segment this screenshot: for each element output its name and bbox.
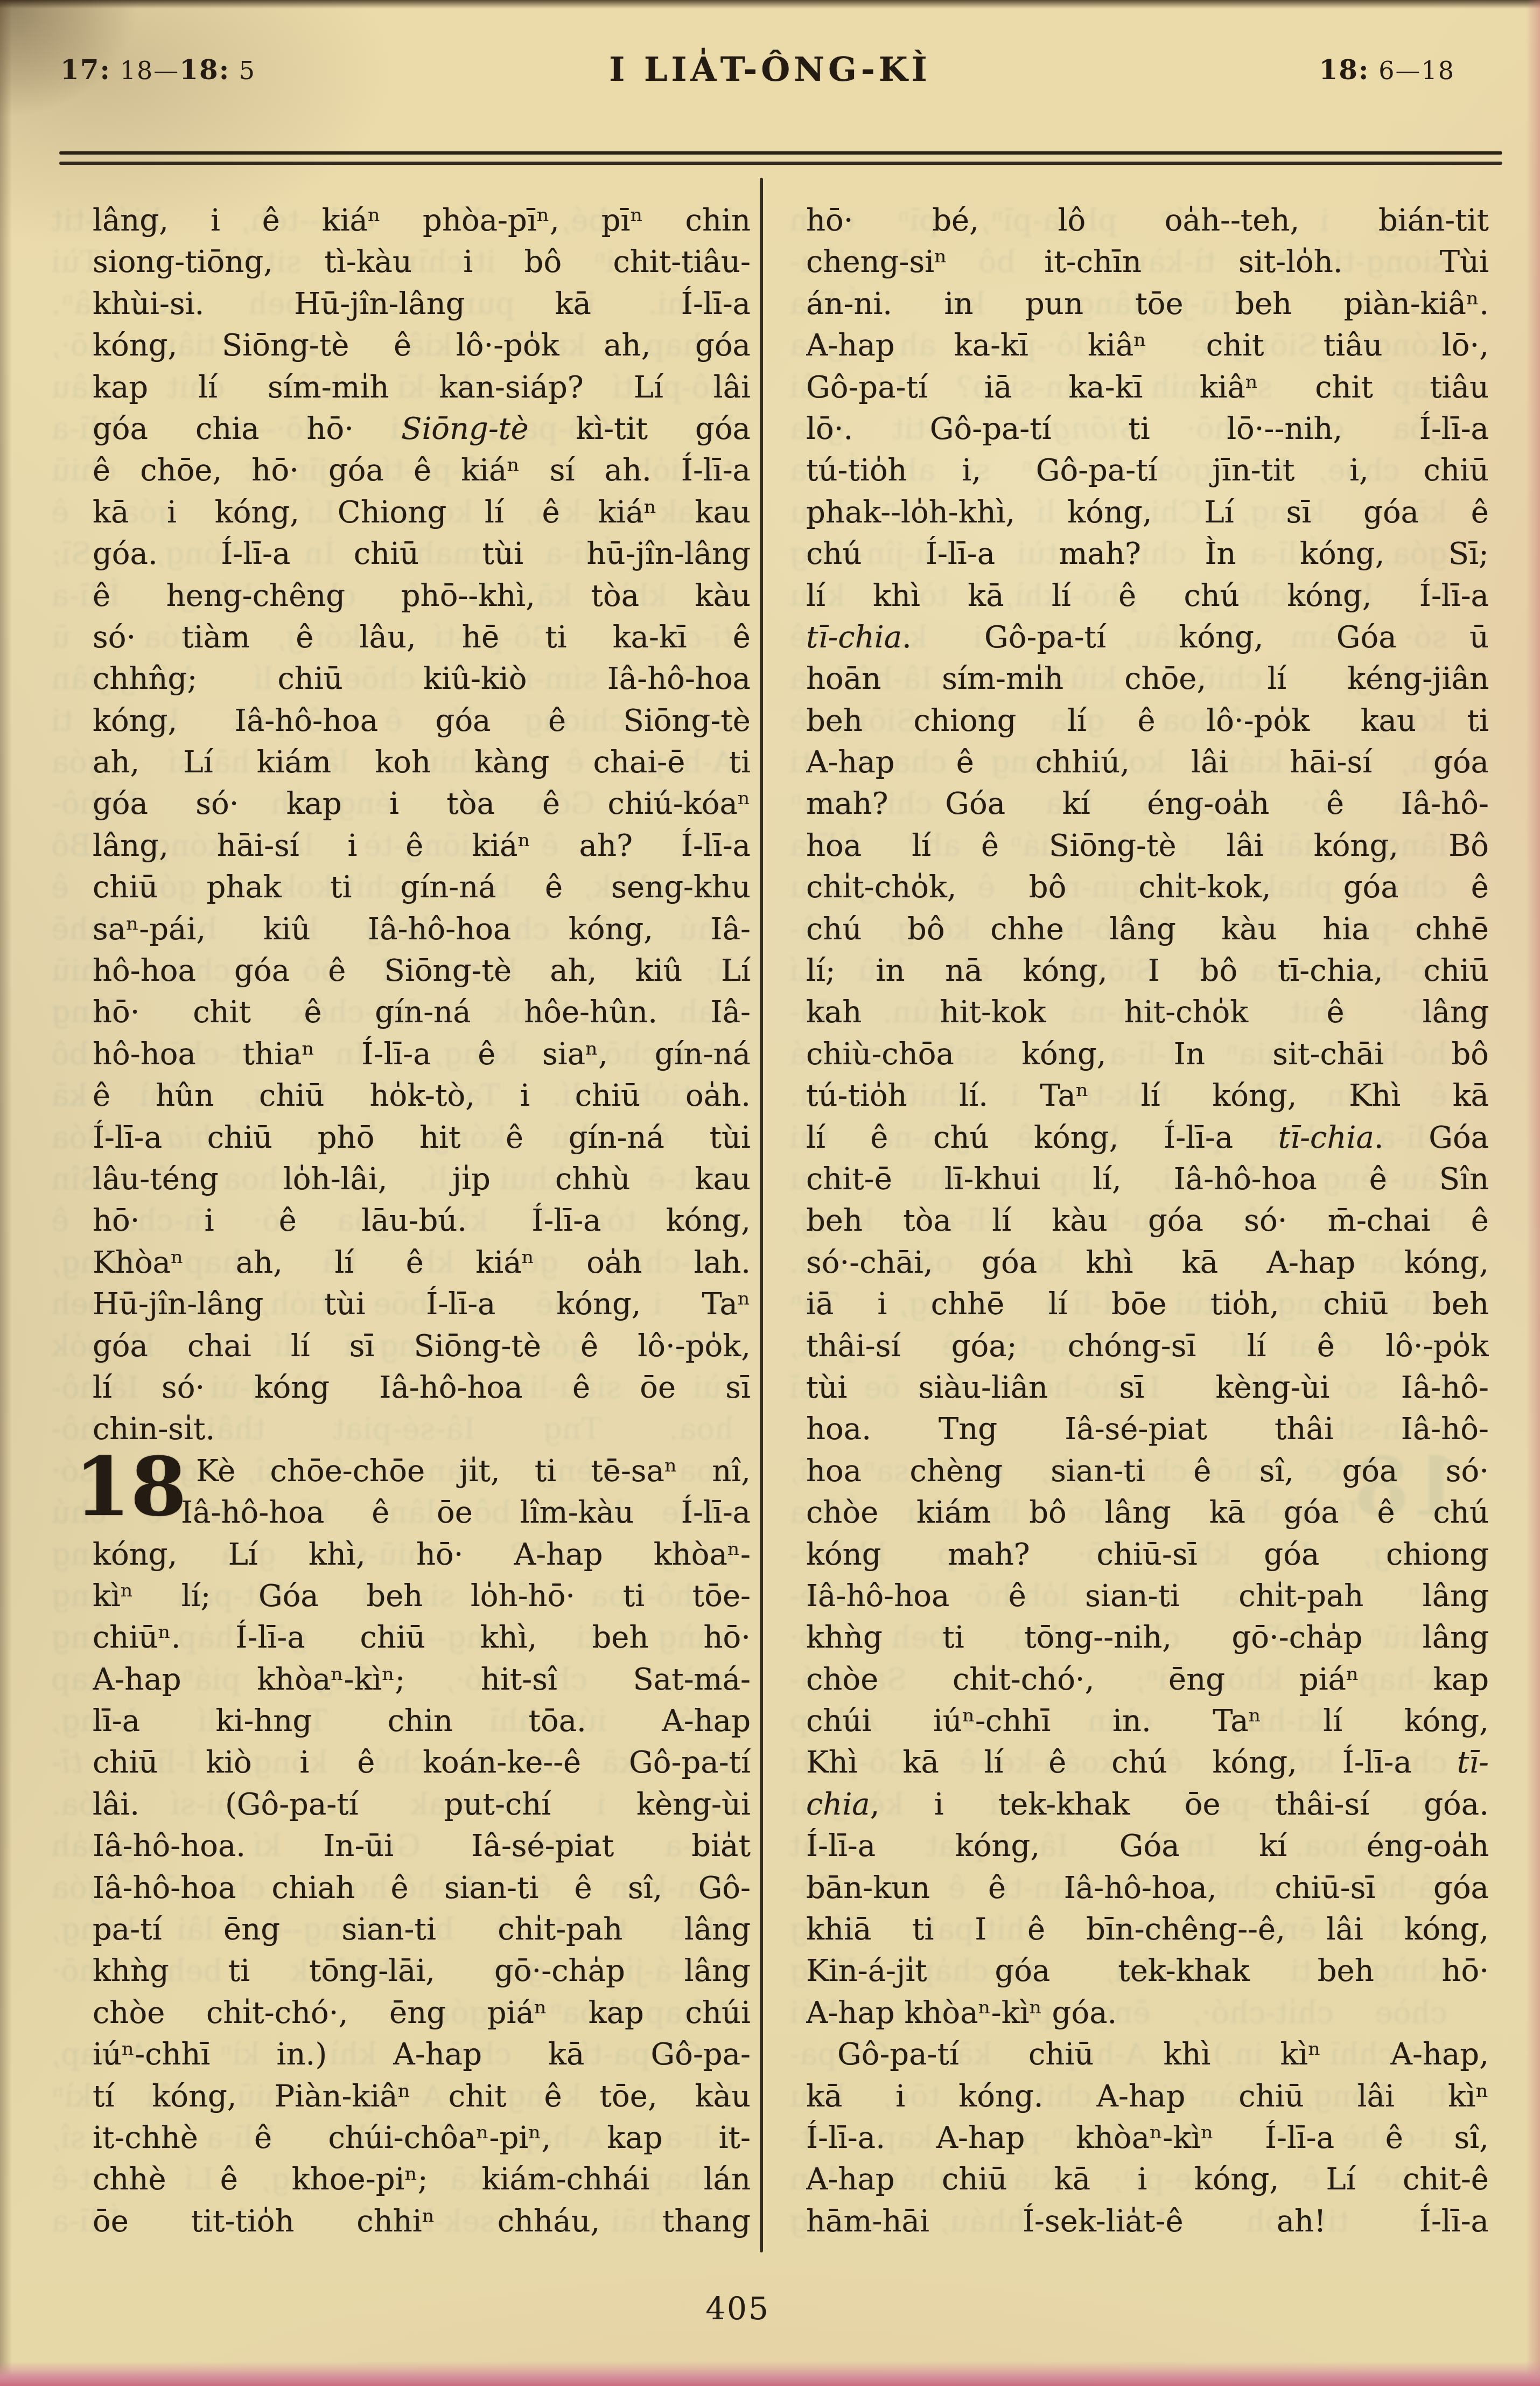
text-line: Í-lī-a. A-hap khòaⁿ-kìⁿ Í-lī-a ê sî, — [806, 2117, 1489, 2159]
line-text: ōe tit-tio̍h chhiⁿ chháu, thang — [93, 2204, 751, 2239]
line-text: pa-tí ēng sian-ti chi̍t-pah lâng — [93, 1912, 751, 1947]
line-text: hō· bé, lô oa̍h--teh, bián-tit — [806, 203, 1489, 238]
text-line: beh tòa lí kàu góa só· m̄-chai ê — [806, 1200, 1489, 1241]
text-line: só· tiàm ê lâu, hē ti ka-kī ê — [93, 617, 751, 658]
text-line: kah hit-kok hit-cho̍k ê lâng — [806, 992, 1489, 1033]
text-line: khǹg ti tōng--nih, gō·-cha̍p lâng — [806, 1617, 1489, 1658]
line-text: kóng mah? chiū-sī góa chiong — [806, 1537, 1489, 1572]
line-text: chú bô chhe lâng kàu hia chhē — [806, 912, 1489, 947]
line-text: Gô-pa-tí iā ka-kī kiâⁿ chit tiâu — [806, 370, 1489, 405]
text-line: it-chhè ê chúi-chôaⁿ-piⁿ, kap it- — [93, 2117, 751, 2159]
page-number: 405 — [692, 2290, 783, 2327]
line-text: chia, i tek-khak ōe thâi-sí góa. — [806, 1787, 1489, 1822]
text-line: lâu-téng lo̍h-lâi, ji̍p chhù kau — [93, 1159, 751, 1200]
text-line: ê hûn chiū ho̍k-tò, i chiū oa̍h. — [93, 1075, 751, 1117]
text-line: kā i kóng, Chiong lí ê kiáⁿ kau — [93, 492, 751, 533]
text-line: A-hap khòaⁿ-kìⁿ; hit-sî Sat-má- — [93, 1659, 751, 1700]
line-text: chòe chi̍t-chó·, ēng piáⁿ kap chúi — [93, 1996, 751, 2031]
line-text: tú-tio̍h i, Gô-pa-tí jīn-tit i, chiū — [806, 453, 1489, 488]
text-line: 18khùi-si. Hū-jîn-lâng kā Í-lī-a — [93, 283, 751, 325]
line-text: cheng-siⁿ it-chīn sit-lo̍h. Tùi — [806, 245, 1489, 280]
text-line: hô-hoa thiaⁿ Í-lī-a ê siaⁿ, gín-ná — [93, 1034, 751, 1075]
line-text: khiā ti I ê bīn-chêng--ê, lâi kóng, — [806, 1912, 1489, 1947]
line-text: lâng, hāi-sí i ê kiáⁿ ah? Í-lī-a — [93, 828, 751, 863]
text-line: ê heng-chêng phō--khì, tòa kàu — [93, 575, 751, 617]
text-line: 6cheng-siⁿ it-chīn sit-lo̍h. Tùi — [806, 241, 1489, 283]
text-line: 24Hū-jîn-lâng tùi Í-lī-a kóng, Taⁿ — [93, 1283, 751, 1325]
text-line: 2chiūⁿ. Í-lī-a chiū khì, beh hō· — [93, 1617, 751, 1658]
text-line: Gô-pa-tí iā ka-kī kiâⁿ chit tiâu — [806, 367, 1489, 408]
text-line: hō· bé, lô oa̍h--teh, bián-tit — [806, 200, 1489, 241]
text-line: 19ê chōe, hō· góa ê kiáⁿ sí ah. Í-lī-a — [93, 450, 751, 491]
line-text: góa chia hō· Siōng-tè kì-tit góa — [93, 411, 751, 446]
line-text: hô-hoa thiaⁿ Í-lī-a ê siaⁿ, gín-ná — [93, 1037, 751, 1072]
line-text: chhn̂g; chiū kiû-kiò Iâ-hô-hoa — [93, 661, 751, 696]
text-line: 20chhn̂g; chiū kiû-kiò Iâ-hô-hoa — [93, 658, 751, 700]
line-text: Hū-jîn-lâng tùi Í-lī-a kóng, Taⁿ — [93, 1287, 751, 1322]
text-line: Kè chōe-chōe ji̍t, ti tē-saⁿ nî, — [93, 1450, 751, 1492]
text-line: Khòaⁿ ah, lí ê kiáⁿ oa̍h lah. — [93, 1242, 751, 1283]
line-text: lâi. (Gô-pa-tí put-chí kèng-ùi — [93, 1787, 751, 1822]
line-text: chit-ē lī-khui lí, Iâ-hô-hoa ê Sîn — [806, 1162, 1489, 1197]
line-text: Kin-á-ji̍t góa tek-khak beh hō· — [806, 1954, 1489, 1989]
line-text: lâng, i ê kiáⁿ phòa-pīⁿ, pīⁿ chin — [93, 203, 751, 238]
line-text: thâi-sí góa; chóng-sī lí ê lô·-po̍k — [806, 1329, 1489, 1364]
text-line: 4Iâ-hô-hoa. In-ūi Iâ-sé-piat bia̍t — [93, 1825, 751, 1867]
text-block: lâng, i ê kiáⁿ phòa-pīⁿ, pīⁿ chinsiong-t… — [0, 0, 1540, 2386]
line-text: phak--lo̍h-khì, kóng, Lí sī góa ê — [806, 495, 1489, 530]
line-text: tí kóng, Piàn-kiâⁿ chit ê tōe, kàu — [93, 2079, 751, 2114]
line-text: A-hap khòaⁿ-kìⁿ góa. — [806, 1996, 1117, 2031]
line-text: kap lí sím-mi̍h kan-siáp? Lí lâi — [93, 370, 751, 405]
line-text: lí; in nā kóng, I bô tī-chia, chiū — [806, 953, 1489, 988]
text-line: 8chú Í-lī-a mah? Ìn kóng, Sī; — [806, 533, 1489, 575]
text-line: kap lí sím-mi̍h kan-siáp? Lí lâi — [93, 367, 751, 408]
text-line: kóng, Siōng-tè ê lô·-po̍k ah, góa — [93, 325, 751, 366]
text-line: chú bô chhe lâng kàu hia chhē — [806, 909, 1489, 950]
text-line: chiū kiò i ê koán-ke--ê Gô-pa-tí — [93, 1742, 751, 1783]
text-line: tí kóng, Piàn-kiâⁿ chit ê tōe, kàu — [93, 2076, 751, 2117]
line-text: lō·. Gô-pa-tí ti lō·--nih, Í-lī-a — [806, 411, 1489, 446]
line-text: só· tiàm ê lâu, hē ti ka-kī ê — [93, 620, 751, 655]
line-text: lí só· kóng Iâ-hô-hoa ê ōe sī — [93, 1370, 751, 1405]
line-text: A-hap ka-kī kiâⁿ chit tiâu lō·, — [806, 328, 1489, 363]
text-column-left: lâng, i ê kiáⁿ phòa-pīⁿ, pīⁿ chinsiong-t… — [93, 200, 751, 2242]
line-text: A-hap khòaⁿ-kìⁿ; hit-sî Sat-má- — [93, 1662, 751, 1697]
line-text: kóng, Iâ-hô-hoa góa ê Siōng-tè — [93, 703, 751, 738]
line-text: lí khì kā lí ê chú kóng, Í-lī-a — [806, 578, 1489, 613]
text-line: lí; in nā kóng, I bô tī-chia, chiū — [806, 950, 1489, 992]
line-text: hoān sím-mi̍h chōe, lí kéng-jiân — [806, 661, 1489, 696]
text-line: chiù-chōa kóng, In sit-chāi bô — [806, 1034, 1489, 1075]
line-text: siong-tiōng, tì-kàu i bô chit-tiâu- — [93, 245, 751, 280]
line-text: ê hûn chiū ho̍k-tò, i chiū oa̍h. — [93, 1078, 751, 1113]
text-line: tùi siàu-liân sī kèng-ùi Iâ-hô- — [806, 1367, 1489, 1408]
line-text: chòe chi̍t-chó·, ēng piáⁿ kap — [806, 1662, 1489, 1697]
text-line: hoān sím-mi̍h chōe, lí kéng-jiân — [806, 658, 1489, 700]
text-line: chi̍t-cho̍k, bô chi̍t-kok, góa ê — [806, 867, 1489, 908]
line-text: A-hap ê chhiú, lâi hāi-sí góa — [806, 745, 1489, 780]
text-line: ah, Lí kiám koh kàng chai-ē ti — [93, 742, 751, 783]
line-text: Khòaⁿ ah, lí ê kiáⁿ oa̍h lah. — [93, 1245, 751, 1280]
text-line: án-ni. in pun tōe beh piàn-kiâⁿ. — [806, 283, 1489, 325]
line-text: chiūⁿ. Í-lī-a chiū khì, beh hō· — [93, 1620, 751, 1655]
line-text: ê chōe, hō· góa ê kiáⁿ sí ah. Í-lī-a — [93, 453, 751, 488]
text-line: hoa chèng sian-ti ê sî, góa só· — [806, 1450, 1489, 1492]
line-text: án-ni. in pun tōe beh piàn-kiâⁿ. — [806, 287, 1489, 322]
line-text: Iâ-hô-hoa. In-ūi Iâ-sé-piat bia̍t — [93, 1829, 751, 1864]
line-text: chhè ê khoe-piⁿ; kiám-chhái lán — [93, 2162, 751, 2197]
line-text: tùi siàu-liân sī kèng-ùi Iâ-hô- — [806, 1370, 1489, 1405]
text-line: 13hoa. Tng Iâ-sé-piat thâi Iâ-hô- — [806, 1408, 1489, 1450]
line-text: tú-tio̍h lí. Taⁿ lí kóng, Khì kā — [806, 1078, 1489, 1113]
text-line: 22hō· chit ê gín-ná hôe-hûn. Iâ- — [93, 992, 751, 1033]
text-line: A-hap ê chhiú, lâi hāi-sí góa — [806, 742, 1489, 783]
line-text: lâu-téng lo̍h-lâi, ji̍p chhù kau — [93, 1162, 751, 1197]
line-text: kìⁿ lí; Góa beh lo̍h-hō· ti tōe- — [93, 1579, 751, 1614]
text-line: 15Í-lī-a kóng, Góa kí éng-oa̍h — [806, 1825, 1489, 1867]
text-line: góa só· kap i tòa ê chiú-kóaⁿ — [93, 783, 751, 825]
line-text: Iâ-hô-hoa ê ōe lîm-kàu Í-lī-a — [181, 1495, 751, 1530]
text-line: tú-tio̍h i, Gô-pa-tí jīn-tit i, chiū — [806, 450, 1489, 491]
text-line: khǹg ti tōng-lāi, gō·-cha̍p lâng — [93, 1950, 751, 1992]
text-line: 7lō·. Gô-pa-tí ti lō·--nih, Í-lī-a — [806, 408, 1489, 450]
text-line: 21lâng, hāi-sí i ê kiáⁿ ah? Í-lī-a — [93, 825, 751, 867]
text-line: saⁿ-pái, kiû Iâ-hô-hoa kóng, Iâ- — [93, 909, 751, 950]
line-text: beh chiong lí ê lô·-po̍k kau ti — [806, 703, 1489, 738]
text-column-right: hō· bé, lô oa̍h--teh, bián-tit6cheng-siⁿ… — [806, 200, 1489, 2242]
text-line: góa chai lí sī Siōng-tè ê lô·-po̍k, — [93, 1325, 751, 1367]
line-text: kóng, Lí khì, hō· A-hap khòaⁿ- — [93, 1537, 751, 1572]
line-text: hō· chit ê gín-ná hôe-hûn. Iâ- — [93, 995, 751, 1030]
line-text: chúi iúⁿ-chhī in. Taⁿ lí kóng, — [806, 1704, 1489, 1739]
text-line: A-hap khòaⁿ-kìⁿ góa. — [806, 1992, 1489, 2034]
line-text: chi̍t-cho̍k, bô chi̍t-kok, góa ê — [806, 870, 1489, 905]
text-line: iā i chhē lí bōe tio̍h, chiū beh — [806, 1283, 1489, 1325]
text-line: 3lī-a ki-hng chin tōa. A-hap — [93, 1700, 751, 1742]
line-text: khùi-si. Hū-jîn-lâng kā Í-lī-a — [93, 287, 751, 322]
line-text: iā i chhē lí bōe tio̍h, chiū beh — [806, 1287, 1489, 1322]
text-line: A-hap ka-kī kiâⁿ chit tiâu lō·, — [806, 325, 1489, 366]
line-text: A-hap chiū kā i kóng, Lí chit-ê — [806, 2162, 1489, 2197]
text-line: siong-tiōng, tì-kàu i bô chit-tiâu- — [93, 241, 751, 283]
text-line: chòe chi̍t-chó·, ēng piáⁿ kap chúi — [93, 1992, 751, 2034]
line-text: tī-chia. Gô-pa-tí kóng, Góa ū — [806, 620, 1489, 655]
line-text: beh tòa lí kàu góa só· m̄-chai ê — [806, 1203, 1489, 1238]
text-line: Iâ-hô-hoa ê ōe lîm-kàu Í-lī-a — [93, 1492, 751, 1533]
line-text: hō· i ê lāu-bú. Í-lī-a kóng, — [93, 1203, 751, 1238]
line-text: chiū phak ti gín-ná ê seng-khu — [93, 870, 751, 905]
line-text: kah hit-kok hit-cho̍k ê lâng — [806, 995, 1489, 1030]
text-line: chhè ê khoe-piⁿ; kiám-chhái lán — [93, 2159, 751, 2200]
text-line: bān-kun ê Iâ-hô-hoa, chiū-sī góa — [806, 1867, 1489, 1909]
text-line: Kin-á-ji̍t góa tek-khak beh hō· — [806, 1950, 1489, 1992]
text-line: beh chiong lí ê lô·-po̍k kau ti — [806, 700, 1489, 742]
line-text: Khì kā lí ê chú kóng, Í-lī-a tī- — [806, 1745, 1489, 1780]
text-line: 12lí ê chú kóng, Í-lī-a tī-chia. Góa — [806, 1117, 1489, 1159]
line-text: chú Í-lī-a mah? Ìn kóng, Sī; — [806, 536, 1489, 571]
line-text: hoa. Tng Iâ-sé-piat thâi Iâ-hô- — [806, 1412, 1489, 1447]
text-line: Iâ-hô-hoa ê sian-ti chi̍t-pah lâng — [806, 1575, 1489, 1617]
line-text: kóng, Siōng-tè ê lô·-po̍k ah, góa — [93, 328, 751, 363]
line-text: hoa lí ê Siōng-tè lâi kóng, Bô — [806, 828, 1489, 863]
text-line: 5iúⁿ-chhī in.) A-hap kā Gô-pa- — [93, 2034, 751, 2075]
text-line: lí só· kóng Iâ-hô-hoa ê ōe sī — [93, 1367, 751, 1408]
text-line: só·-chāi, góa khì kā A-hap kóng, — [806, 1242, 1489, 1283]
text-line: lí khì kā lí ê chú kóng, Í-lī-a — [806, 575, 1489, 617]
line-text: Iâ-hô-hoa chiah ê sian-ti ê sî, Gô- — [93, 1871, 751, 1906]
line-text: ê heng-chêng phō--khì, tòa kàu — [93, 578, 751, 613]
line-text: góa. Í-lī-a chiū tùi hū-jîn-lâng — [93, 536, 751, 571]
line-text: góa só· kap i tòa ê chiú-kóaⁿ — [93, 786, 751, 821]
line-text: iúⁿ-chhī in.) A-hap kā Gô-pa- — [93, 2037, 751, 2072]
text-line: kóng mah? chiū-sī góa chiong — [806, 1534, 1489, 1575]
column-divider-rule — [760, 178, 763, 2252]
line-text: kā i kóng, Chiong lí ê kiáⁿ kau — [93, 495, 751, 530]
line-text: só·-chāi, góa khì kā A-hap kóng, — [806, 1245, 1489, 1280]
line-text: ah, Lí kiám koh kàng chai-ē ti — [93, 745, 751, 780]
line-text: mah? Góa kí éng-oa̍h ê Iâ-hô- — [806, 786, 1489, 821]
text-line: 17kā i kóng. A-hap chiū lâi kìⁿ — [806, 2076, 1489, 2117]
text-line: hō· i ê lāu-bú. Í-lī-a kóng, — [93, 1200, 751, 1241]
line-text: chiù-chōa kóng, In sit-chāi bô — [806, 1037, 1489, 1072]
line-text: chiū kiò i ê koán-ke--ê Gô-pa-tí — [93, 1745, 751, 1780]
text-line: Khì kā lí ê chú kóng, Í-lī-a tī- — [806, 1742, 1489, 1783]
line-text: Í-lī-a chiū phō hit ê gín-ná tùi — [93, 1120, 751, 1155]
line-text: Gô-pa-tí chiū khì kìⁿ A-hap, — [837, 2037, 1489, 2072]
text-line: góa chia hō· Siōng-tè kì-tit góa — [93, 408, 751, 450]
line-text: saⁿ-pái, kiû Iâ-hô-hoa kóng, Iâ- — [93, 912, 751, 947]
text-line: chin-si̍t. — [93, 1408, 751, 1450]
text-line: 11tú-tio̍h lí. Taⁿ lí kóng, Khì kā — [806, 1075, 1489, 1117]
text-line: ōe tit-tio̍h chhiⁿ chháu, thang — [93, 2201, 751, 2242]
text-line: 10mah? Góa kí éng-oa̍h ê Iâ-hô- — [806, 783, 1489, 825]
line-text: Iâ-hô-hoa ê sian-ti chi̍t-pah lâng — [806, 1579, 1489, 1614]
line-text: it-chhè ê chúi-chôaⁿ-piⁿ, kap it- — [93, 2120, 751, 2155]
text-line: kóng, Iâ-hô-hoa góa ê Siōng-tè — [93, 700, 751, 742]
text-line: chòe chi̍t-chó·, ēng piáⁿ kap — [806, 1659, 1489, 1700]
text-line: kóng, Lí khì, hō· A-hap khòaⁿ- — [93, 1534, 751, 1575]
line-text: Í-lī-a. A-hap khòaⁿ-kìⁿ Í-lī-a ê sî, — [806, 2120, 1489, 2155]
line-text: kā i kóng. A-hap chiū lâi kìⁿ — [806, 2079, 1489, 2114]
text-line: thâi-sí góa; chóng-sī lí ê lô·-po̍k — [806, 1325, 1489, 1367]
text-line: 14chúi iúⁿ-chhī in. Taⁿ lí kóng, — [806, 1700, 1489, 1742]
text-line: 16Gô-pa-tí chiū khì kìⁿ A-hap, — [806, 2034, 1489, 2075]
line-text: hām-hāi Í-sek-lia̍t-ê ah! Í-lī-a — [806, 2204, 1489, 2239]
text-line: phak--lo̍h-khì, kóng, Lí sī góa ê — [806, 492, 1489, 533]
text-line: chiū phak ti gín-ná ê seng-khu — [93, 867, 751, 908]
line-text: khǹg ti tōng--nih, gō·-cha̍p lâng — [806, 1620, 1489, 1655]
line-text: hô-hoa góa ê Siōng-tè ah, kiû Lí — [93, 953, 751, 988]
line-text: lí ê chú kóng, Í-lī-a tī-chia. Góa — [806, 1120, 1489, 1155]
text-line: khiā ti I ê bīn-chêng--ê, lâi kóng, — [806, 1909, 1489, 1950]
text-line: chit-ē lī-khui lí, Iâ-hô-hoa ê Sîn — [806, 1159, 1489, 1200]
text-line: 18hām-hāi Í-sek-lia̍t-ê ah! Í-lī-a — [806, 2201, 1489, 2242]
text-line: chòe kiám bô lâng kā góa ê chú — [806, 1492, 1489, 1533]
line-text: Kè chōe-chōe ji̍t, ti tē-saⁿ nî, — [196, 1454, 751, 1489]
line-text: chòe kiám bô lâng kā góa ê chú — [806, 1495, 1489, 1530]
text-line: góa. Í-lī-a chiū tùi hū-jîn-lâng — [93, 533, 751, 575]
text-line: A-hap chiū kā i kóng, Lí chit-ê — [806, 2159, 1489, 2200]
book-page: 17: 18—18: 5 I LIA̍T-ÔNG-KÌ 18: 6—18 lân… — [0, 0, 1540, 2386]
text-line: 23Í-lī-a chiū phō hit ê gín-ná tùi — [93, 1117, 751, 1159]
text-line: kìⁿ lí; Góa beh lo̍h-hō· ti tōe- — [93, 1575, 751, 1617]
text-line: lâng, i ê kiáⁿ phòa-pīⁿ, pīⁿ chin — [93, 200, 751, 241]
line-text: bān-kun ê Iâ-hô-hoa, chiū-sī góa — [806, 1871, 1489, 1906]
line-text: Í-lī-a kóng, Góa kí éng-oa̍h — [806, 1829, 1489, 1864]
line-text: khǹg ti tōng-lāi, gō·-cha̍p lâng — [93, 1954, 751, 1989]
text-line: pa-tí ēng sian-ti chi̍t-pah lâng — [93, 1909, 751, 1950]
line-text: lī-a ki-hng chin tōa. A-hap — [93, 1704, 751, 1739]
text-line: hoa lí ê Siōng-tè lâi kóng, Bô — [806, 825, 1489, 867]
text-line: chia, i tek-khak ōe thâi-sí góa. — [806, 1784, 1489, 1825]
text-line: 9tī-chia. Gô-pa-tí kóng, Góa ū — [806, 617, 1489, 658]
line-text: góa chai lí sī Siōng-tè ê lô·-po̍k, — [93, 1329, 751, 1364]
text-line: lâi. (Gô-pa-tí put-chí kèng-ùi — [93, 1784, 751, 1825]
text-line: Iâ-hô-hoa chiah ê sian-ti ê sî, Gô- — [93, 1867, 751, 1909]
text-line: hô-hoa góa ê Siōng-tè ah, kiû Lí — [93, 950, 751, 992]
line-text: hoa chèng sian-ti ê sî, góa só· — [806, 1454, 1489, 1489]
